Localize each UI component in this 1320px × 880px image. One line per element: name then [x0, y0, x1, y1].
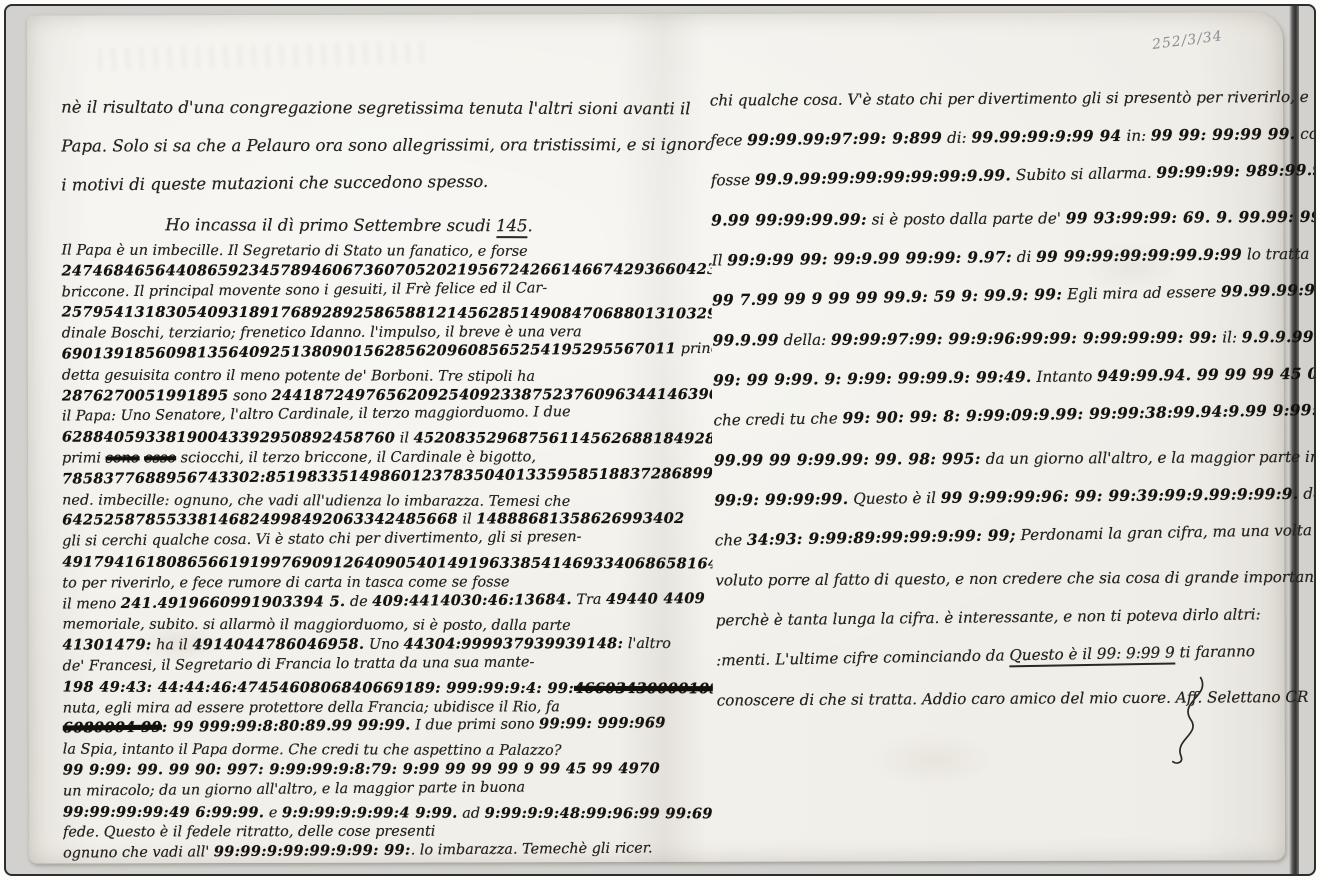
- archive-number: 252/3/34: [1151, 28, 1223, 53]
- text-line: 99.99 99 9:99.99: 99. 98: 995: da un gio…: [714, 437, 1316, 481]
- text-line: 6901391856098135640925138090156285620960…: [62, 339, 712, 365]
- text-line: 198 49:43: 44:44:46:4745460806840669189:…: [63, 677, 713, 699]
- manuscript-paper: 252/3/34 nè il risultato d'una congregaz…: [27, 12, 1285, 863]
- text-line: Papa. Solo si sa che a Pelauro ora sono …: [61, 125, 711, 166]
- text-line: 62884059338190043392950892458760 il 4520…: [62, 428, 712, 450]
- text-line: 4917941618086566191997690912640905401491…: [62, 553, 712, 575]
- manuscript-page-left: nè il risultato d'una congregazione segr…: [61, 86, 713, 876]
- manuscript-page-right: chi qualche cosa. V'è stato chi per dive…: [710, 74, 1316, 871]
- text-line: 9.99 99:99:99.99: si è posto dalla parte…: [711, 197, 1316, 241]
- text-line: chi qualche cosa. V'è stato chi per dive…: [710, 77, 1316, 121]
- cash-receipt-heading: Ho incassa il dì primo Settembre scudi 1…: [165, 209, 711, 240]
- text-line: conoscere di che si tratta. Addio caro a…: [717, 677, 1316, 721]
- text-line: voluto porre al fatto di questo, e non c…: [715, 557, 1316, 601]
- scan-frame: 252/3/34 nè il risultato d'una congregaz…: [4, 4, 1316, 876]
- text-line: ned. imbecille: ognuno, che vadi all'udi…: [62, 490, 712, 512]
- text-line: de' Francesi, il Segretario di Francia l…: [63, 651, 713, 677]
- faint-pencil-note: [99, 42, 429, 71]
- text-line: ognuno che vadi all' 99:99:9:99:99:9:99:…: [63, 838, 713, 864]
- text-line: Ho incassa il dì primo Settembre scudi 1…: [165, 210, 711, 241]
- text-line: 2579541318305409318917689289258658812145…: [62, 303, 712, 325]
- text-line: il Papa: Uno Senatore, l'altro Cardinale…: [62, 401, 712, 427]
- text-line: 99.9.99 della: 99:99:97:99: 99:9:96:99:9…: [712, 317, 1316, 361]
- left-intro-paragraph: nè il risultato d'una congregazione segr…: [61, 86, 711, 205]
- left-body-text: Il Papa è un imbecille. Il Segretario di…: [61, 239, 713, 865]
- text-line: memoriale, subito. si allarmò il maggior…: [62, 615, 712, 637]
- text-line: 6080004 99: 99 999:99:8:80:89.99 99:99. …: [63, 713, 713, 739]
- text-line: detta gesuisita contro il meno potente d…: [62, 365, 712, 387]
- text-line: Il Papa è un imbecille. Il Segretario di…: [61, 241, 711, 263]
- text-line: 99:99:99:99:49 6:99:99. e 9:9:99:9:9:99:…: [63, 802, 713, 824]
- text-line: gli si cerchi qualche cosa. Vi è stato c…: [62, 526, 712, 552]
- right-body-text: chi qualche cosa. V'è stato chi per dive…: [710, 74, 1316, 721]
- text-line: i motivi di queste mutazioni che succedo…: [61, 160, 711, 205]
- text-line: la Spia, intanto il Papa dorme. Che cred…: [63, 740, 713, 762]
- signature-flourish: [1157, 676, 1217, 766]
- text-line: nè il risultato d'una congregazione segr…: [61, 88, 711, 129]
